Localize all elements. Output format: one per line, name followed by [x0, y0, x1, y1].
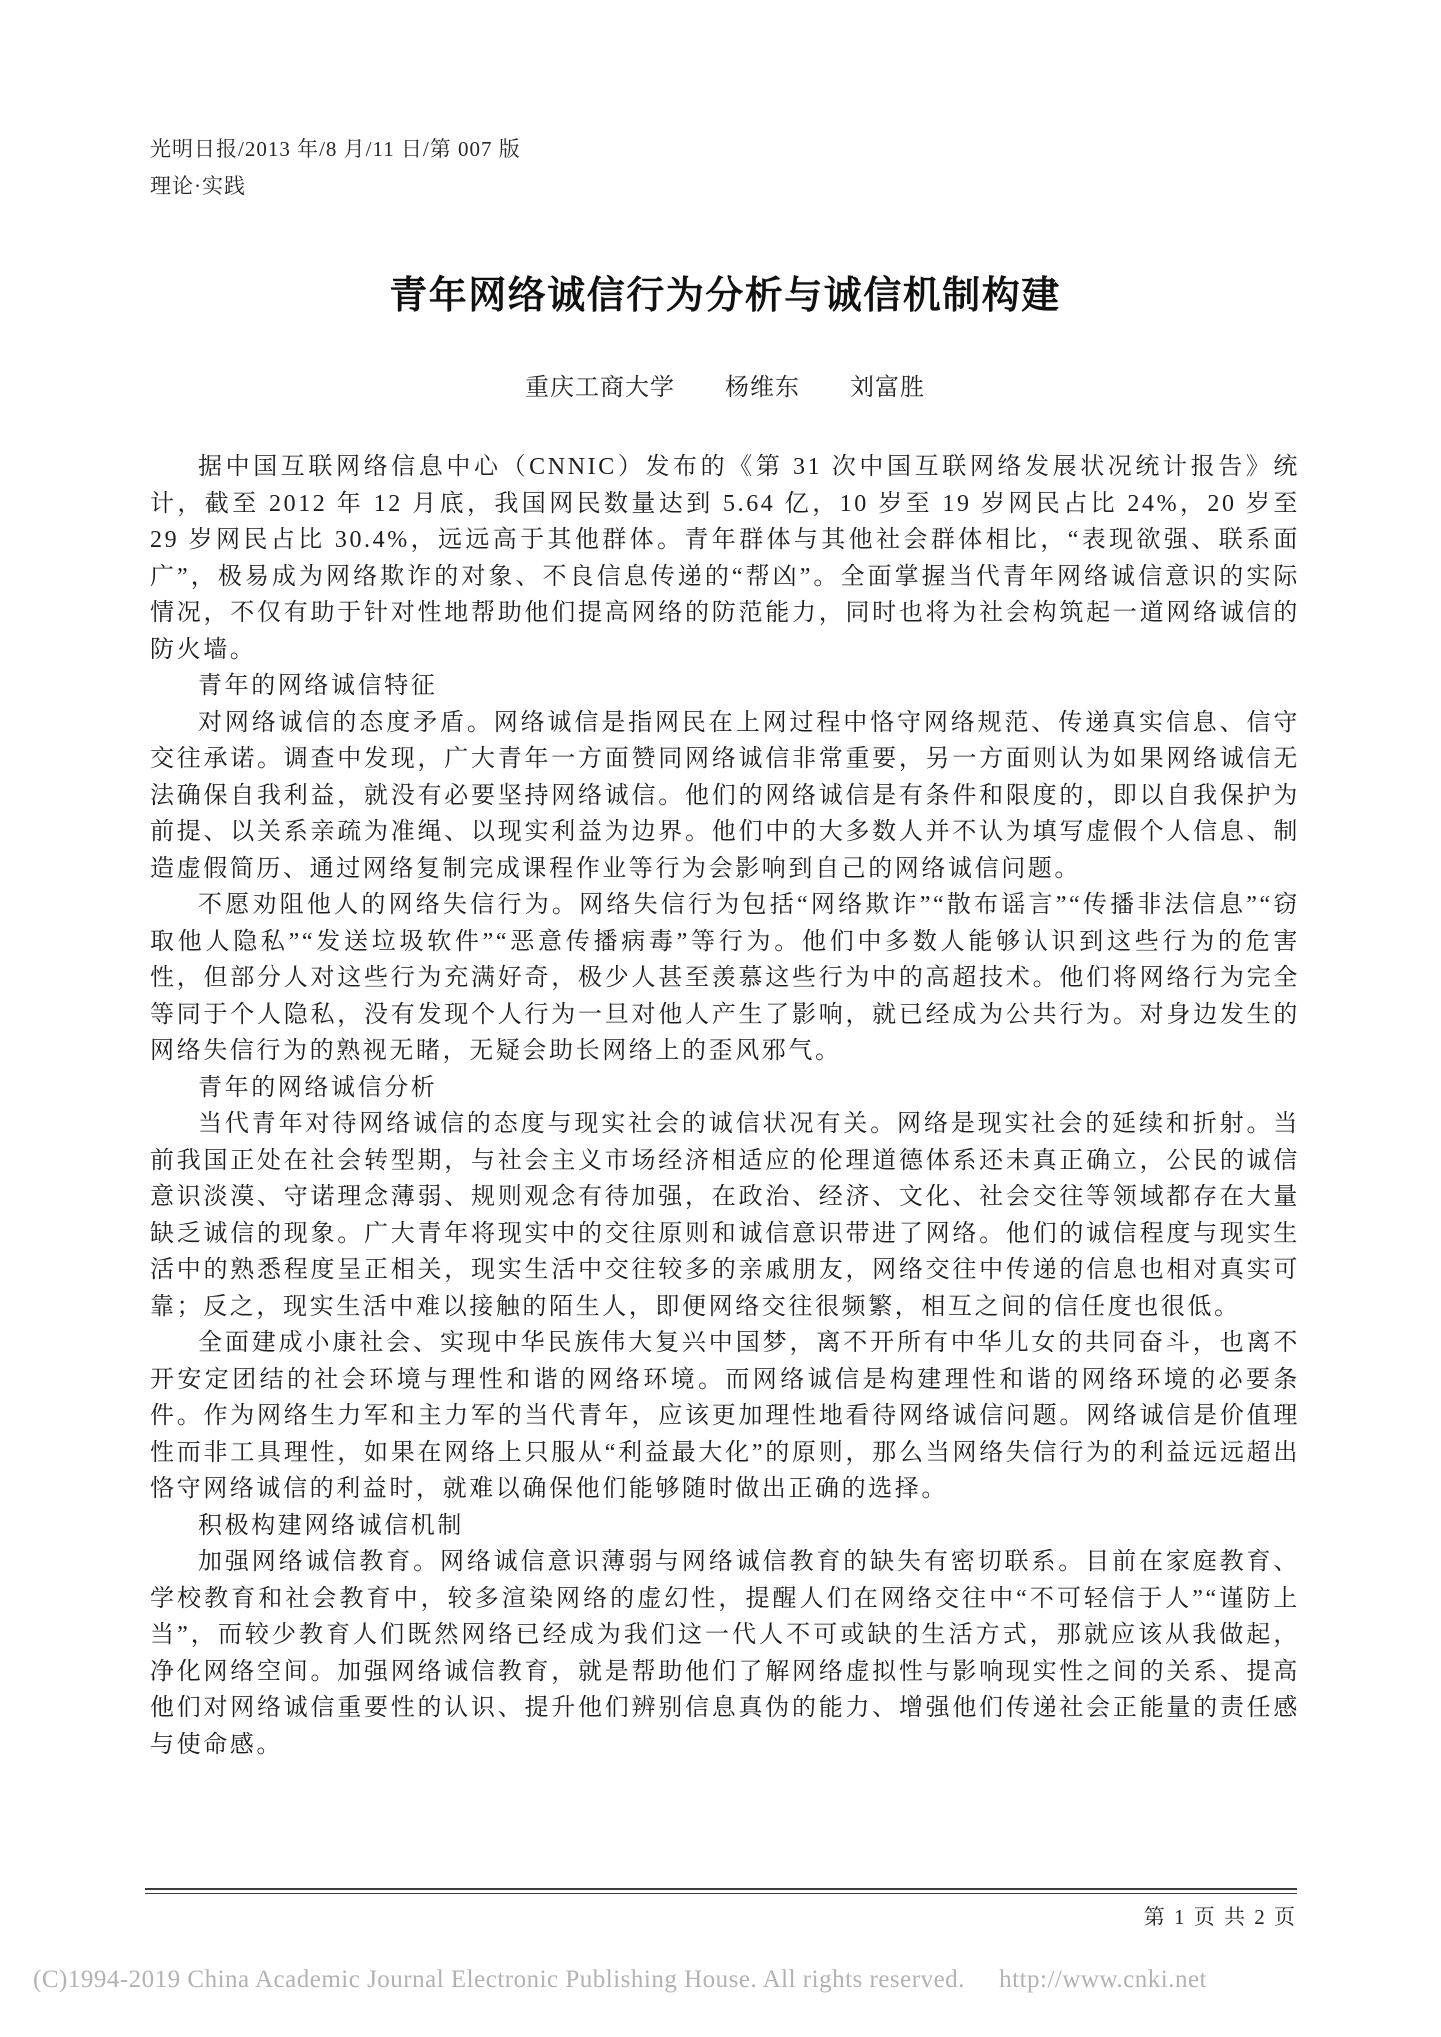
paragraph: 对网络诚信的态度矛盾。网络诚信是指网民在上网过程中恪守网络规范、传递真实信息、信…	[150, 705, 1300, 888]
footer-divider	[145, 1888, 1297, 1894]
document-page: 光明日报/2013 年/8 月/11 日/第 007 版 理论·实践 青年网络诚…	[0, 0, 1441, 2037]
section-heading: 青年的网络诚信分析	[150, 1070, 1300, 1107]
paragraph: 据中国互联网络信息中心（CNNIC）发布的《第 31 次中国互联网络发展状况统计…	[150, 449, 1300, 668]
copyright-bar: (C)1994-2019 China Academic Journal Elec…	[33, 1966, 1207, 1994]
section-heading: 青年的网络诚信特征	[150, 668, 1300, 705]
page-content: 光明日报/2013 年/8 月/11 日/第 007 版 理论·实践 青年网络诚…	[150, 0, 1300, 1763]
paragraph: 全面建成小康社会、实现中华民族伟大复兴中国梦，离不开所有中华儿女的共同奋斗，也离…	[150, 1325, 1300, 1508]
article-byline: 重庆工商大学 杨维东 刘富胜	[150, 371, 1300, 405]
paragraph: 不愿劝阻他人的网络失信行为。网络失信行为包括“网络欺诈”“散布谣言”“传播非法信…	[150, 887, 1300, 1070]
page-indicator: 第 1 页 共 2 页	[145, 1901, 1297, 1931]
source-line: 光明日报/2013 年/8 月/11 日/第 007 版	[150, 131, 1300, 168]
column-name: 理论·实践	[150, 168, 1300, 205]
paragraph: 加强网络诚信教育。网络诚信意识薄弱与网络诚信教育的缺失有密切联系。目前在家庭教育…	[150, 1544, 1300, 1763]
copyright-text: (C)1994-2019 China Academic Journal Elec…	[33, 1966, 965, 1994]
article-body: 据中国互联网络信息中心（CNNIC）发布的《第 31 次中国互联网络发展状况统计…	[150, 449, 1300, 1763]
copyright-url: http://www.cnki.net	[999, 1966, 1207, 1994]
section-heading: 积极构建网络诚信机制	[150, 1508, 1300, 1545]
paragraph: 当代青年对待网络诚信的态度与现实社会的诚信状况有关。网络是现实社会的延续和折射。…	[150, 1106, 1300, 1325]
article-title: 青年网络诚信行为分析与诚信机制构建	[150, 273, 1300, 319]
page-source: 光明日报/2013 年/8 月/11 日/第 007 版 理论·实践	[150, 0, 1300, 205]
